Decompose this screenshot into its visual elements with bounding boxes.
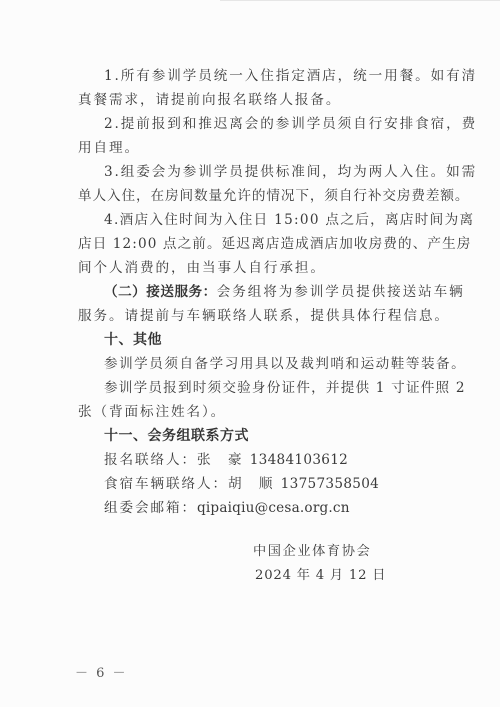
contact-registration: 报名联络人：张 豪 13484103612 xyxy=(104,452,348,468)
pickup-service-line: （二）接送服务：会务组将为参训学员提供接送站车辆 xyxy=(104,284,465,300)
paragraph-line: 张（背面标注姓名）。 xyxy=(78,404,226,420)
paragraph-line: 间个人消费的，由当事人自行承担。 xyxy=(78,260,326,276)
paragraph-line: 4.酒店入住时间为入住日 15:00 点之后，离店时间为离 xyxy=(104,212,474,228)
contact-label: 报名联络人：张 豪 xyxy=(104,452,243,468)
signature-organization: 中国企业体育协会 xyxy=(253,540,371,559)
signature-date: 2024 年 4 月 12 日 xyxy=(255,564,386,583)
pickup-service-label: （二）接送服务： xyxy=(104,284,217,300)
contact-label: 组委会邮箱： xyxy=(104,500,197,516)
paragraph-line: 1.所有参训学员统一入住指定酒店，统一用餐。如有清 xyxy=(104,68,477,84)
section-heading-other: 十、其他 xyxy=(104,332,162,348)
email-address: qipaiqiu@cesa.org.cn xyxy=(197,500,350,516)
contact-phone: 13757358504 xyxy=(281,476,379,492)
document-page: 1.所有参训学员统一入住指定酒店，统一用餐。如有清 真餐需求，请提前向报名联络人… xyxy=(0,0,500,707)
paragraph-line: 参训学员须自备学习用具以及裁判哨和运动鞋等装备。 xyxy=(104,356,466,372)
page-number: － 6 － xyxy=(75,662,128,681)
paragraph-line: 真餐需求，请提前向报名联络人报备。 xyxy=(78,92,341,108)
paragraph-line: 单人入住，在房间数量允许的情况下，须自行补交房费差额。 xyxy=(78,188,469,204)
paragraph-line: 服务。请提前与车辆联络人联系，提供具体行程信息。 xyxy=(78,308,450,324)
paragraph-line: 2.提前报到和推迟离会的参训学员须自行安排食宿，费 xyxy=(104,116,477,132)
contact-phone: 13484103612 xyxy=(250,452,348,468)
paragraph-line: 用自理。 xyxy=(78,140,140,156)
pickup-service-text: 会务组将为参训学员提供接送站车辆 xyxy=(217,284,465,300)
scan-edge-line xyxy=(220,0,500,1)
paragraph-line: 参训学员报到时须交验身份证件，并提供 1 寸证件照 2 xyxy=(104,380,466,396)
contact-lodging-vehicle: 食宿车辆联络人：胡 顺 13757358504 xyxy=(104,476,379,492)
contact-label: 食宿车辆联络人：胡 顺 xyxy=(104,476,274,492)
paragraph-line: 店日 12:00 点之前。延迟离店造成酒店加收房费的、产生房 xyxy=(78,236,471,252)
paragraph-line: 3.组委会为参训学员提供标准间，均为两人入住。如需 xyxy=(104,164,477,180)
section-heading-contacts: 十一、会务组联系方式 xyxy=(104,428,249,444)
contact-email: 组委会邮箱：qipaiqiu@cesa.org.cn xyxy=(104,500,350,516)
